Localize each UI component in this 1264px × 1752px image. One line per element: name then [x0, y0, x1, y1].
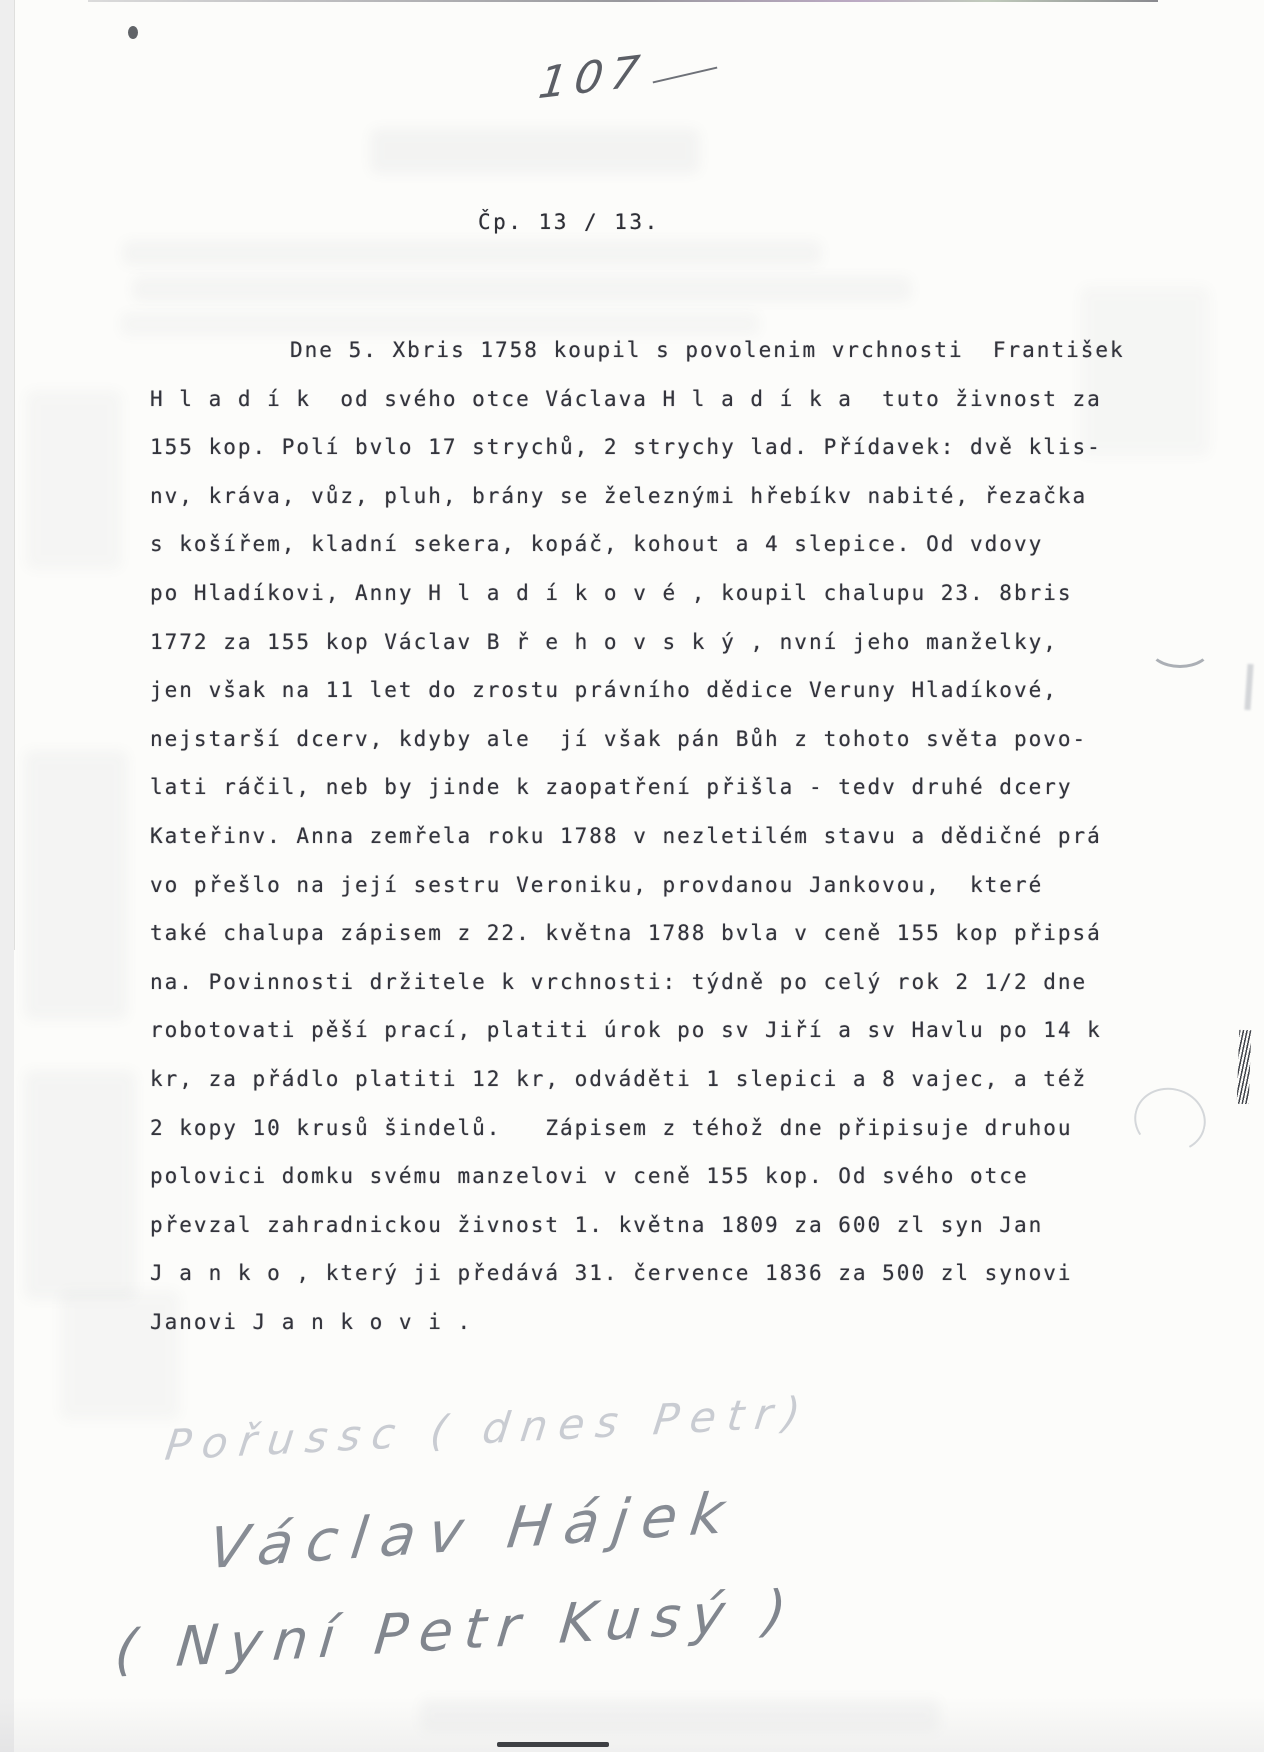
body-line: nv, kráva, vůz, pluh, brány se železnými… — [150, 472, 1160, 521]
bleed-through-artifact — [26, 390, 122, 570]
scan-top-edge-artifact — [88, 0, 1158, 2]
handwritten-parenthetical-note: ( Nyní Petr Kusý ) — [112, 1577, 800, 1682]
scan-edge-band — [0, 0, 14, 1752]
body-line: polovici domku svému manzelovi v ceně 15… — [150, 1152, 1160, 1201]
body-line: Dne 5. Xbris 1758 koupil s povolenim vrc… — [150, 326, 1160, 375]
body-line: J a n k o , který ji předává 31. červenc… — [150, 1249, 1160, 1298]
body-line: lati ráčil, neb by jinde k zaopatření př… — [150, 763, 1160, 812]
handwritten-stroke — [653, 67, 718, 84]
ink-speck-artifact — [128, 26, 138, 39]
bleed-through-artifact — [24, 1070, 136, 1300]
body-line: na. Povinnosti držitele k vrchnosti: týd… — [150, 958, 1160, 1007]
body-line: vo přešlo na její sestru Veroniku, provd… — [150, 861, 1160, 910]
body-line: také chalupa zápisem z 22. května 1788 b… — [150, 909, 1160, 958]
body-line: po Hladíkovi, Anny H l a d í k o v é , k… — [150, 569, 1160, 618]
body-line: 2 kopy 10 krusů šindelů. Zápisem z téhož… — [150, 1104, 1160, 1153]
body-line: robotovati pěší prací, platiti úrok po s… — [150, 1006, 1160, 1055]
ink-squiggle-artifact — [1237, 1030, 1252, 1104]
document-body: Dne 5. Xbris 1758 koupil s povolenim vrc… — [150, 326, 1160, 1346]
body-line: jen však na 11 let do zrostu právního dě… — [150, 666, 1160, 715]
scan-edge-line — [14, 0, 15, 950]
handwritten-signature: Václav Hájek — [205, 1480, 741, 1582]
bleed-through-artifact — [24, 750, 128, 1020]
bleed-through-artifact — [370, 128, 700, 174]
scanned-document-page: 107 Čp. 13 / 13. Dne 5. Xbris 1758 koupi… — [0, 0, 1264, 1752]
body-line: Kateřinv. Anna zemřela roku 1788 v nezle… — [150, 812, 1160, 861]
body-line: 155 kop. Polí bvlo 17 strychů, 2 strychy… — [150, 423, 1160, 472]
ink-mark-artifact — [1244, 664, 1253, 710]
body-line: H l a d í k od svého otce Václava H l a … — [150, 375, 1160, 424]
body-line: s košířem, kladní sekera, kopáč, kohout … — [150, 520, 1160, 569]
body-line: nejstarší dcerv, kdyby ale jí však pán B… — [150, 715, 1160, 764]
scan-bottom-shade — [0, 1696, 1264, 1752]
bleed-through-artifact — [122, 240, 822, 266]
faint-pencil-note: Pořussc ( dnes Petr) — [162, 1387, 814, 1469]
body-line: 1772 za 155 kop Václav B ř e h o v s k ý… — [150, 618, 1160, 667]
scan-bottom-mark — [497, 1742, 609, 1747]
body-line: převzal zahradnickou živnost 1. května 1… — [150, 1201, 1160, 1250]
bleed-through-artifact — [132, 276, 912, 302]
document-heading: Čp. 13 / 13. — [478, 210, 660, 234]
body-line: kr, za přádlo platiti 12 kr, odváděti 1 … — [150, 1055, 1160, 1104]
handwritten-page-number: 107 — [536, 46, 650, 109]
body-line: Janovi J a n k o v i . — [150, 1298, 1160, 1347]
